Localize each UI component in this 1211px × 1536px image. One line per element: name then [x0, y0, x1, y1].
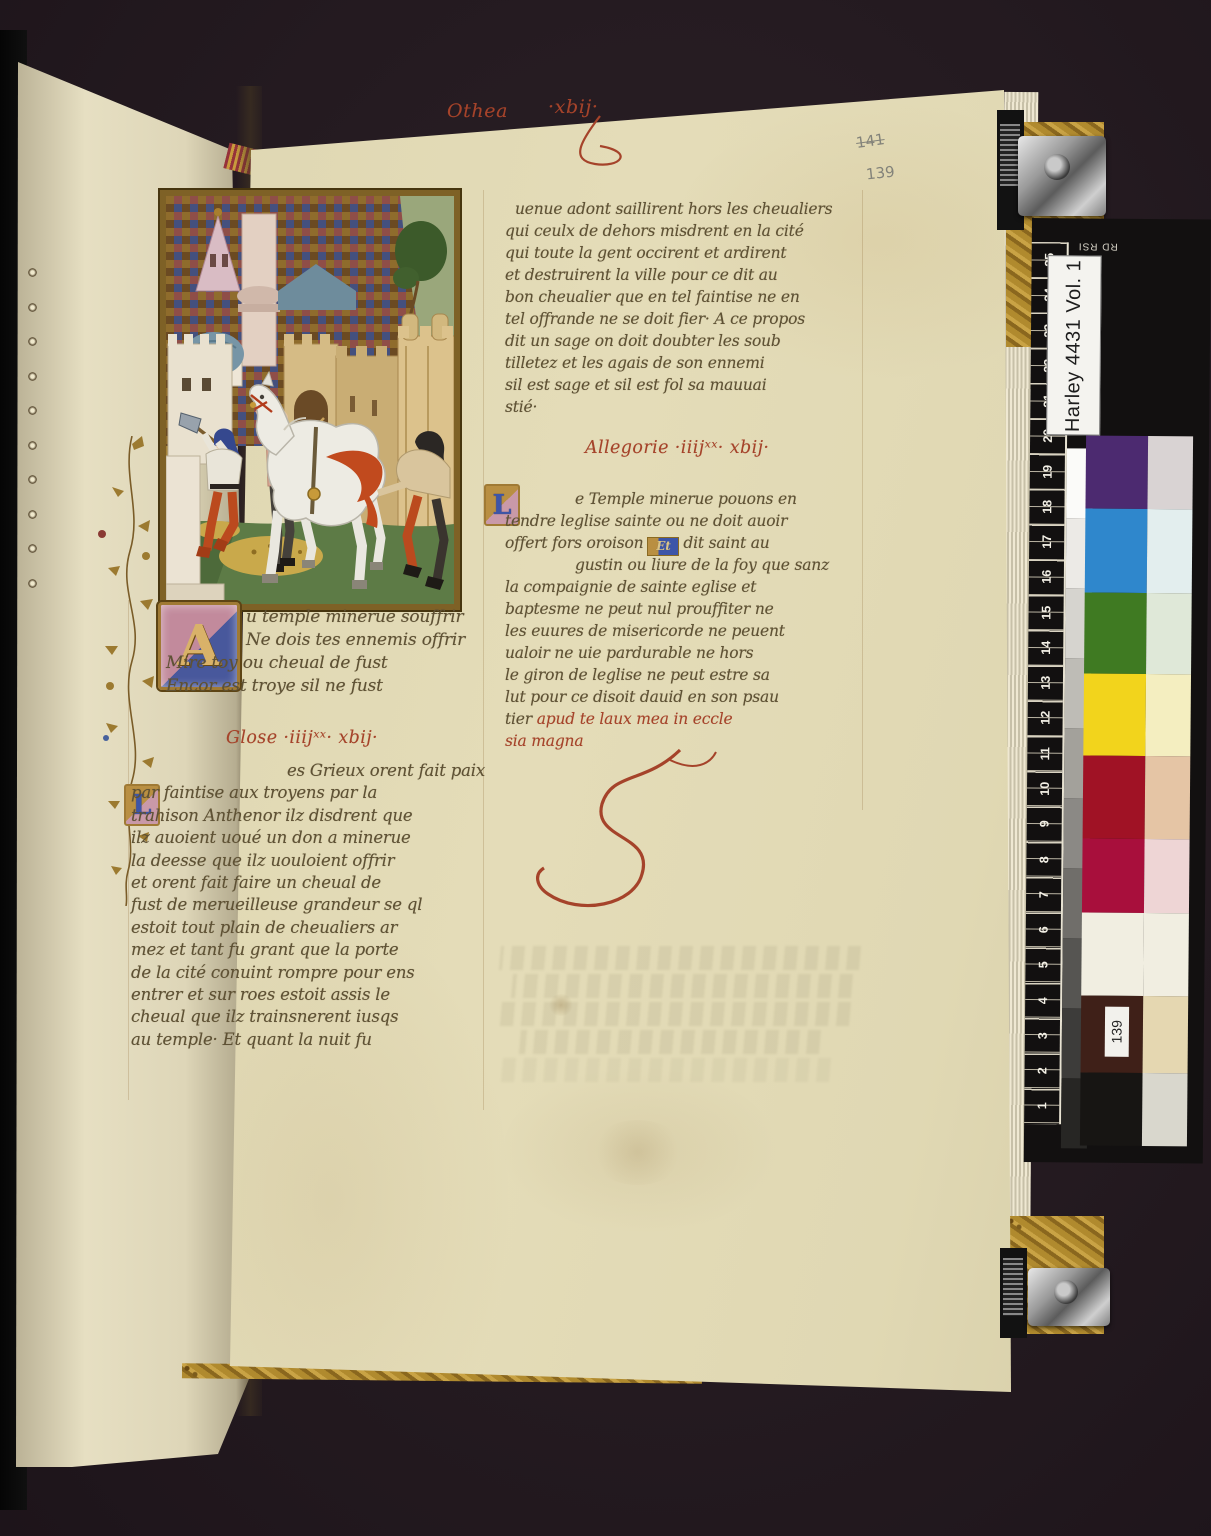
text-line: Encor est troye sil ne fust: [166, 675, 465, 698]
text-line: es Grieux orent fait paix: [287, 760, 485, 782]
ruling-line: [862, 190, 863, 810]
text-line: baptesme ne peut nul prouffiter ne: [505, 598, 829, 620]
text-line: gustin ou liure de la foy que sanz: [575, 554, 829, 576]
text-line: ilz auoient uoué un don a minerue: [131, 827, 485, 849]
text-line: la compaignie de sainte eglise et: [505, 576, 829, 598]
patch-row: [1081, 912, 1202, 996]
glose-block: es Grieux orent fait paixpar faintise au…: [131, 760, 485, 1051]
patch-row: [1080, 1072, 1201, 1146]
text-line: 3: [1025, 1018, 1061, 1053]
text-line: de la cité conuint rompre pour ens: [131, 962, 485, 984]
text-line: au temple· Et quant la nuit fu: [131, 1029, 485, 1051]
text-line: 15: [1028, 595, 1064, 630]
text-line: trahison Anthenor ilz disdrent que: [131, 805, 485, 827]
patch-main: [1081, 912, 1144, 996]
harley-label: Harley 4431 Vol. 1: [1046, 255, 1102, 435]
text-line: 5: [1025, 947, 1061, 982]
text-line: 19: [1030, 454, 1066, 489]
patch-pale: [1146, 593, 1192, 674]
text-line: et orent fait faire un cheual de: [131, 872, 485, 894]
glose-rubric: Glose ·iiijˣˣ· xbij·: [226, 728, 378, 748]
allegorie-block-b: gustin ou liure de la foy que sanzla com…: [505, 554, 829, 708]
text-line: 6: [1026, 912, 1062, 947]
text-line: 7: [1026, 877, 1062, 912]
text-line: 18: [1029, 489, 1065, 524]
patch-row: [1083, 673, 1204, 756]
line3-suffix: dit saint au: [683, 534, 769, 552]
text-line: 17: [1029, 524, 1065, 559]
chapter-flourish: [540, 112, 650, 182]
strap-scale-band-bottom: [1003, 1258, 1023, 1316]
patch-pale: [1142, 1073, 1188, 1146]
text-line: tilletez et les agais de son ennemi: [505, 352, 832, 374]
patch-pale: [1147, 509, 1193, 593]
allegorie-rubric: Allegorie ·iiijˣˣ· xbij·: [585, 438, 769, 458]
miniature: [160, 190, 460, 610]
text-line: 16: [1029, 560, 1065, 595]
stain: [590, 1120, 685, 1185]
text-line: 13: [1028, 665, 1064, 700]
patch-row: [1084, 592, 1205, 674]
patch-pale: [1143, 996, 1189, 1073]
text-line: 10: [1027, 771, 1063, 806]
text-line: et destruirent la ville pour ce dit au: [505, 264, 832, 286]
text-line: par faintise aux troyens par la: [131, 782, 485, 804]
strap-scale-band-top: [1000, 124, 1020, 186]
text-line: 12: [1027, 701, 1063, 736]
allegorie-line11: tier apud te laux mea in eccle: [505, 708, 732, 730]
color-patches: [1080, 435, 1206, 1146]
manuscript-photo: Othea ·xbij· 141 139: [0, 0, 1211, 1536]
allegorie-block-a: e Temple minerue pouons entendre leglise…: [505, 488, 797, 532]
text-line: la deesse que ilz uouloient offrir: [131, 850, 485, 872]
latin-psalm-red: apud te laux mea in eccle: [537, 710, 733, 728]
clip-top-hole: [1044, 154, 1070, 180]
verse-block: u temple minerue souffrirNe dois tes enn…: [166, 606, 465, 698]
text-line: 1: [1024, 1088, 1060, 1123]
right-text-block: uenue adont saillirent hors les cheualie…: [505, 198, 832, 418]
text-line: qui ceulx de dehors misdrent en la cité: [505, 220, 832, 242]
patch-main: [1084, 592, 1147, 674]
running-title: Othea: [447, 100, 508, 122]
text-line: lut pour ce disoit dauid en son psau: [505, 686, 829, 708]
text-line: 9: [1026, 806, 1062, 841]
line11-prefix: tier: [505, 710, 537, 728]
text-line: mez et tant fu grant que la porte: [131, 939, 485, 961]
text-line: les euures de misericorde ne peuent: [505, 620, 829, 642]
patch-main: [1083, 755, 1146, 839]
patch-main: [1083, 673, 1146, 756]
patch-main: [1085, 435, 1148, 509]
text-line: tel offrande ne se doit fier· A ce propo…: [505, 308, 832, 330]
patch-pale: [1144, 839, 1190, 913]
red-flourish: [520, 742, 730, 932]
text-line: 4: [1025, 983, 1061, 1018]
text-line: uenue adont saillirent hors les cheualie…: [515, 198, 832, 220]
text-line: sil est sage et sil est fol sa mauuai: [505, 374, 832, 396]
folio-label-139: 139: [1105, 1007, 1129, 1057]
patch-pale: [1145, 756, 1191, 839]
text-line: 11: [1027, 736, 1063, 771]
patch-row: [1082, 838, 1203, 913]
text-line: le giron de leglise ne peut estre sa: [505, 664, 829, 686]
patch-main: [1085, 508, 1148, 593]
text-line: Ne dois tes ennemis offrir: [246, 629, 465, 652]
text-line: bon cheualier que en tel faintise ne en: [505, 286, 832, 308]
text-line: cheual que ilz trainsnerent iusqs: [131, 1006, 485, 1028]
sewing-holes: [28, 268, 42, 588]
patch-row: [1085, 435, 1206, 509]
line3-prefix: offert fors oroison: [505, 534, 643, 552]
text-line: Mire toy ou cheual de fust: [166, 652, 465, 675]
text-line: 8: [1026, 842, 1062, 877]
allegorie-line3: offert fors oroisonEtdit saint au: [505, 532, 770, 556]
miniature-scene: [166, 196, 454, 604]
text-line: estoit tout plain de cheualiers ar: [131, 917, 485, 939]
text-line: u temple minerue souffrir: [246, 606, 465, 629]
text-line: e Temple minerue pouons en: [575, 488, 797, 510]
patch-pale: [1145, 674, 1191, 756]
patch-row: [1083, 755, 1204, 839]
stain: [548, 994, 574, 1016]
patch-main: [1080, 1072, 1143, 1146]
text-line: 2: [1024, 1053, 1060, 1088]
patch-pale: [1143, 913, 1189, 996]
clip-bottom-hole: [1054, 1280, 1078, 1304]
patch-row: [1081, 995, 1202, 1073]
text-line: stié·: [505, 396, 832, 418]
text-line: qui toute la gent occirent et ardirent: [505, 242, 832, 264]
text-line: dit un sage on doit doubter les soub: [505, 330, 832, 352]
patch-main: [1082, 838, 1145, 913]
text-line: entrer et sur roes estoit assis le: [131, 984, 485, 1006]
patch-row: [1085, 508, 1206, 593]
folio-label-text: 139: [1109, 1020, 1125, 1043]
harley-label-text: Harley 4431 Vol. 1: [1062, 259, 1087, 432]
color-calibration-bar: RD RSI 252423222120191817161514131211109…: [1024, 218, 1211, 1164]
pencil-folio-139: 139: [865, 163, 895, 184]
text-line: 14: [1028, 630, 1064, 665]
patch-pale: [1147, 436, 1193, 509]
text-line: fust de merueilleuse grandeur se ql: [131, 894, 485, 916]
text-line: tendre leglise sainte ou ne doit auoir: [505, 510, 797, 532]
text-line: ualoir ne uie pardurable ne hors: [505, 642, 829, 664]
